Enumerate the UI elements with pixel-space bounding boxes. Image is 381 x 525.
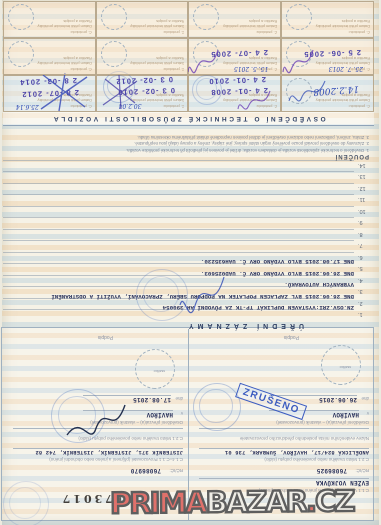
place-label: v <box>367 411 369 416</box>
cell-stamp-circle <box>8 4 34 30</box>
signature-label-right: Podpis <box>98 334 113 340</box>
cell-stamp-circle <box>8 41 34 67</box>
record-row: 4.DNE 26.06.2015 BYLO VYDÁNO ORV Č. UAD0… <box>3 274 374 286</box>
instructions-section: POUČENÍ 1. Osvědčení o technické způsobi… <box>7 133 369 159</box>
round-office-stamp-right <box>51 389 105 443</box>
record-row: 5.DNE 17.08.2015 BYLO VYDÁNO ORV Č. UAH6… <box>3 263 374 275</box>
handwritten-note: 25.6.14 <box>16 103 39 110</box>
cell-round-stamp <box>192 75 222 105</box>
record-row: 11. <box>3 194 374 206</box>
signature-label: Podpis <box>284 334 299 340</box>
watermark-prima: PRIMA <box>110 485 206 520</box>
records-round-stamp <box>136 269 188 321</box>
cell-stamp-circle <box>101 4 127 30</box>
record-row-number: 14. <box>354 162 374 168</box>
certificate-title: OSVĚDČENÍ O TECHNICKÉ ZPŮSOBILOSTI VOZID… <box>51 115 325 122</box>
record-row-number: 9. <box>354 219 374 225</box>
handwritten-note: 30.2.04 <box>119 102 142 109</box>
paper-sheet: C.1.1 Vlastník (příjmení a jméno nebo ob… <box>2 0 379 525</box>
record-row-number: 6. <box>354 254 374 260</box>
inspection-cell: Č. protokolu:Datum příští technické proh… <box>3 1 96 38</box>
record-row-number: 4. <box>354 277 374 283</box>
owner-address-label: C.2.1 Místo trvalého nebo povoleného pob… <box>264 457 369 462</box>
place-label-right: v <box>181 411 183 416</box>
inspection-cell: Č. protokolu:Datum příští technické proh… <box>281 1 374 38</box>
certificate-rotated-180: C.1.1 Vlastník (příjmení a jméno nebo ob… <box>2 0 379 525</box>
operator-id-value: 76086970 <box>131 467 161 474</box>
record-row-number: 8. <box>354 231 374 237</box>
handwritten-note: 15. 5. 2015 <box>234 65 268 72</box>
operator-id-label: RČ/IČ: <box>170 468 184 473</box>
operator-address-value: JISTEBNÍK 371, JISTEBNÍK, JISTEBNÍK, 742… <box>13 448 183 455</box>
handwritten-note: 25. 7. 2013 <box>329 65 363 72</box>
inspection-cell: Č. protokolu:Datum příští technické proh… <box>96 75 189 112</box>
inspection-cell: Č. protokolu:Datum příští technické proh… <box>189 38 282 75</box>
scanned-document-page: C.1.1 Vlastník (příjmení a jméno nebo ob… <box>0 0 381 525</box>
instruction-item: 2. Záznamy do osvědčení provádí pouze po… <box>7 140 369 147</box>
owner-office-label: Název evidenčního místa posledního předc… <box>240 436 369 441</box>
watermark-bazar: BAZAR <box>206 484 307 519</box>
record-row: 1.ZN.OSV.ZRI:VYSTAVEN DUPLIKÁT TP-TK ZA … <box>3 309 374 321</box>
date-label-right: dne <box>175 396 183 401</box>
record-row: 7. <box>3 240 374 252</box>
inspection-cell: Č. protokolu:Datum příští technické proh… <box>3 75 96 112</box>
record-row-number: 3. <box>354 288 374 294</box>
record-row: 8. <box>3 228 374 240</box>
inspection-cell: Č. protokolu:Datum příští technické proh… <box>189 1 282 38</box>
inspection-cell: Č. protokolu:Datum příští technické proh… <box>3 38 96 75</box>
record-row-number: 5. <box>354 265 374 271</box>
instruction-item: 1. Osvědčení o technické způsobilosti vo… <box>7 146 369 153</box>
inspection-cell: Č. protokolu:Datum příští technické proh… <box>189 75 282 112</box>
stamp-hint-text: razítko <box>340 365 351 369</box>
record-row: 10. <box>3 205 374 217</box>
date-label: dne <box>361 396 369 401</box>
record-row-number: 11. <box>354 196 374 202</box>
inspection-cell: Č. protokolu:Datum příští technické proh… <box>96 38 189 75</box>
record-row-number: 13. <box>354 173 374 179</box>
cell-stamp-circle <box>286 4 312 30</box>
cell-stamp-circle <box>194 4 220 30</box>
record-row-number: 2. <box>354 300 374 306</box>
official-records-rows: 1.ZN.OSV.ZRI:VYSTAVEN DUPLIKÁT TP-TK ZA … <box>3 159 374 320</box>
round-office-stamp <box>193 383 241 431</box>
record-row-number: 12. <box>354 185 374 191</box>
cell-stamp-circle <box>286 78 312 104</box>
official-records-heading: ÚŘEDNÍ ZÁZNAMY <box>185 322 304 329</box>
owner-id-label: RČ/IČ: <box>356 468 370 473</box>
owner-address-value: ANDĚLICKÁ 824/17, HAVÍŘOV, ŠUMBARK, 736 … <box>199 448 369 455</box>
record-row: 13. <box>3 171 374 183</box>
inspection-date-stamp: 2 8 -03- 2014 <box>19 76 77 87</box>
inspection-cell: Č. protokolu:Datum příští technické proh… <box>281 38 374 75</box>
record-row-number: 7. <box>354 242 374 248</box>
instruction-item: 3. Ztrátu, zničení, poškození nebo odciz… <box>7 133 369 140</box>
primabazar-watermark: PRIMABAZAR.CZ <box>110 480 381 525</box>
inspection-stamp-grid: Č. protokolu:Datum příští technické proh… <box>3 1 374 112</box>
handover-label: Osvědčení převzal(a) – vlastník (provozo… <box>276 420 369 425</box>
record-row: 14. <box>3 159 374 171</box>
inspection-cell: Č. protokolu:Datum příští technické proh… <box>96 1 189 38</box>
record-row: 9. <box>3 217 374 229</box>
record-row-number: 10. <box>354 208 374 214</box>
faint-corner-stamp <box>3 481 49 525</box>
record-row: 12. <box>3 182 374 194</box>
stamp-placeholder-circle-right: razítko <box>135 349 175 389</box>
stamp-placeholder-circle: razítko <box>321 345 361 385</box>
stamp-hint-text-right: razítko <box>154 369 165 373</box>
record-row: 2.DNE 26.06.2015 BYL ZAPLACEN POPLATEK N… <box>3 297 374 309</box>
watermark-dot: . <box>306 484 315 518</box>
instructions-heading: POUČENÍ <box>7 153 369 159</box>
inspection-cell: Č. protokolu:Datum příští technické proh… <box>281 75 374 112</box>
owner-id-value: 76086925 <box>317 467 347 474</box>
record-row: 6. <box>3 251 374 263</box>
record-row: 3.VYBRANÝCH AUTOVRAKŮ. <box>3 286 374 298</box>
watermark-cz: CZ <box>315 484 354 518</box>
record-row-number: 1. <box>354 311 374 317</box>
official-records-section: ÚŘEDNÍ ZÁZNAMY 1.ZN.OSV.ZRI:VYSTAVEN DUP… <box>3 161 374 329</box>
operator-name-label: C.1.4=C.1.1 Provozovatel (příjmení a jmé… <box>49 457 183 462</box>
certificate-title-strip: OSVĚDČENÍ O TECHNICKÉ ZPŮSOBILOSTI VOZID… <box>3 111 374 126</box>
cell-stamp-circle <box>101 41 127 67</box>
